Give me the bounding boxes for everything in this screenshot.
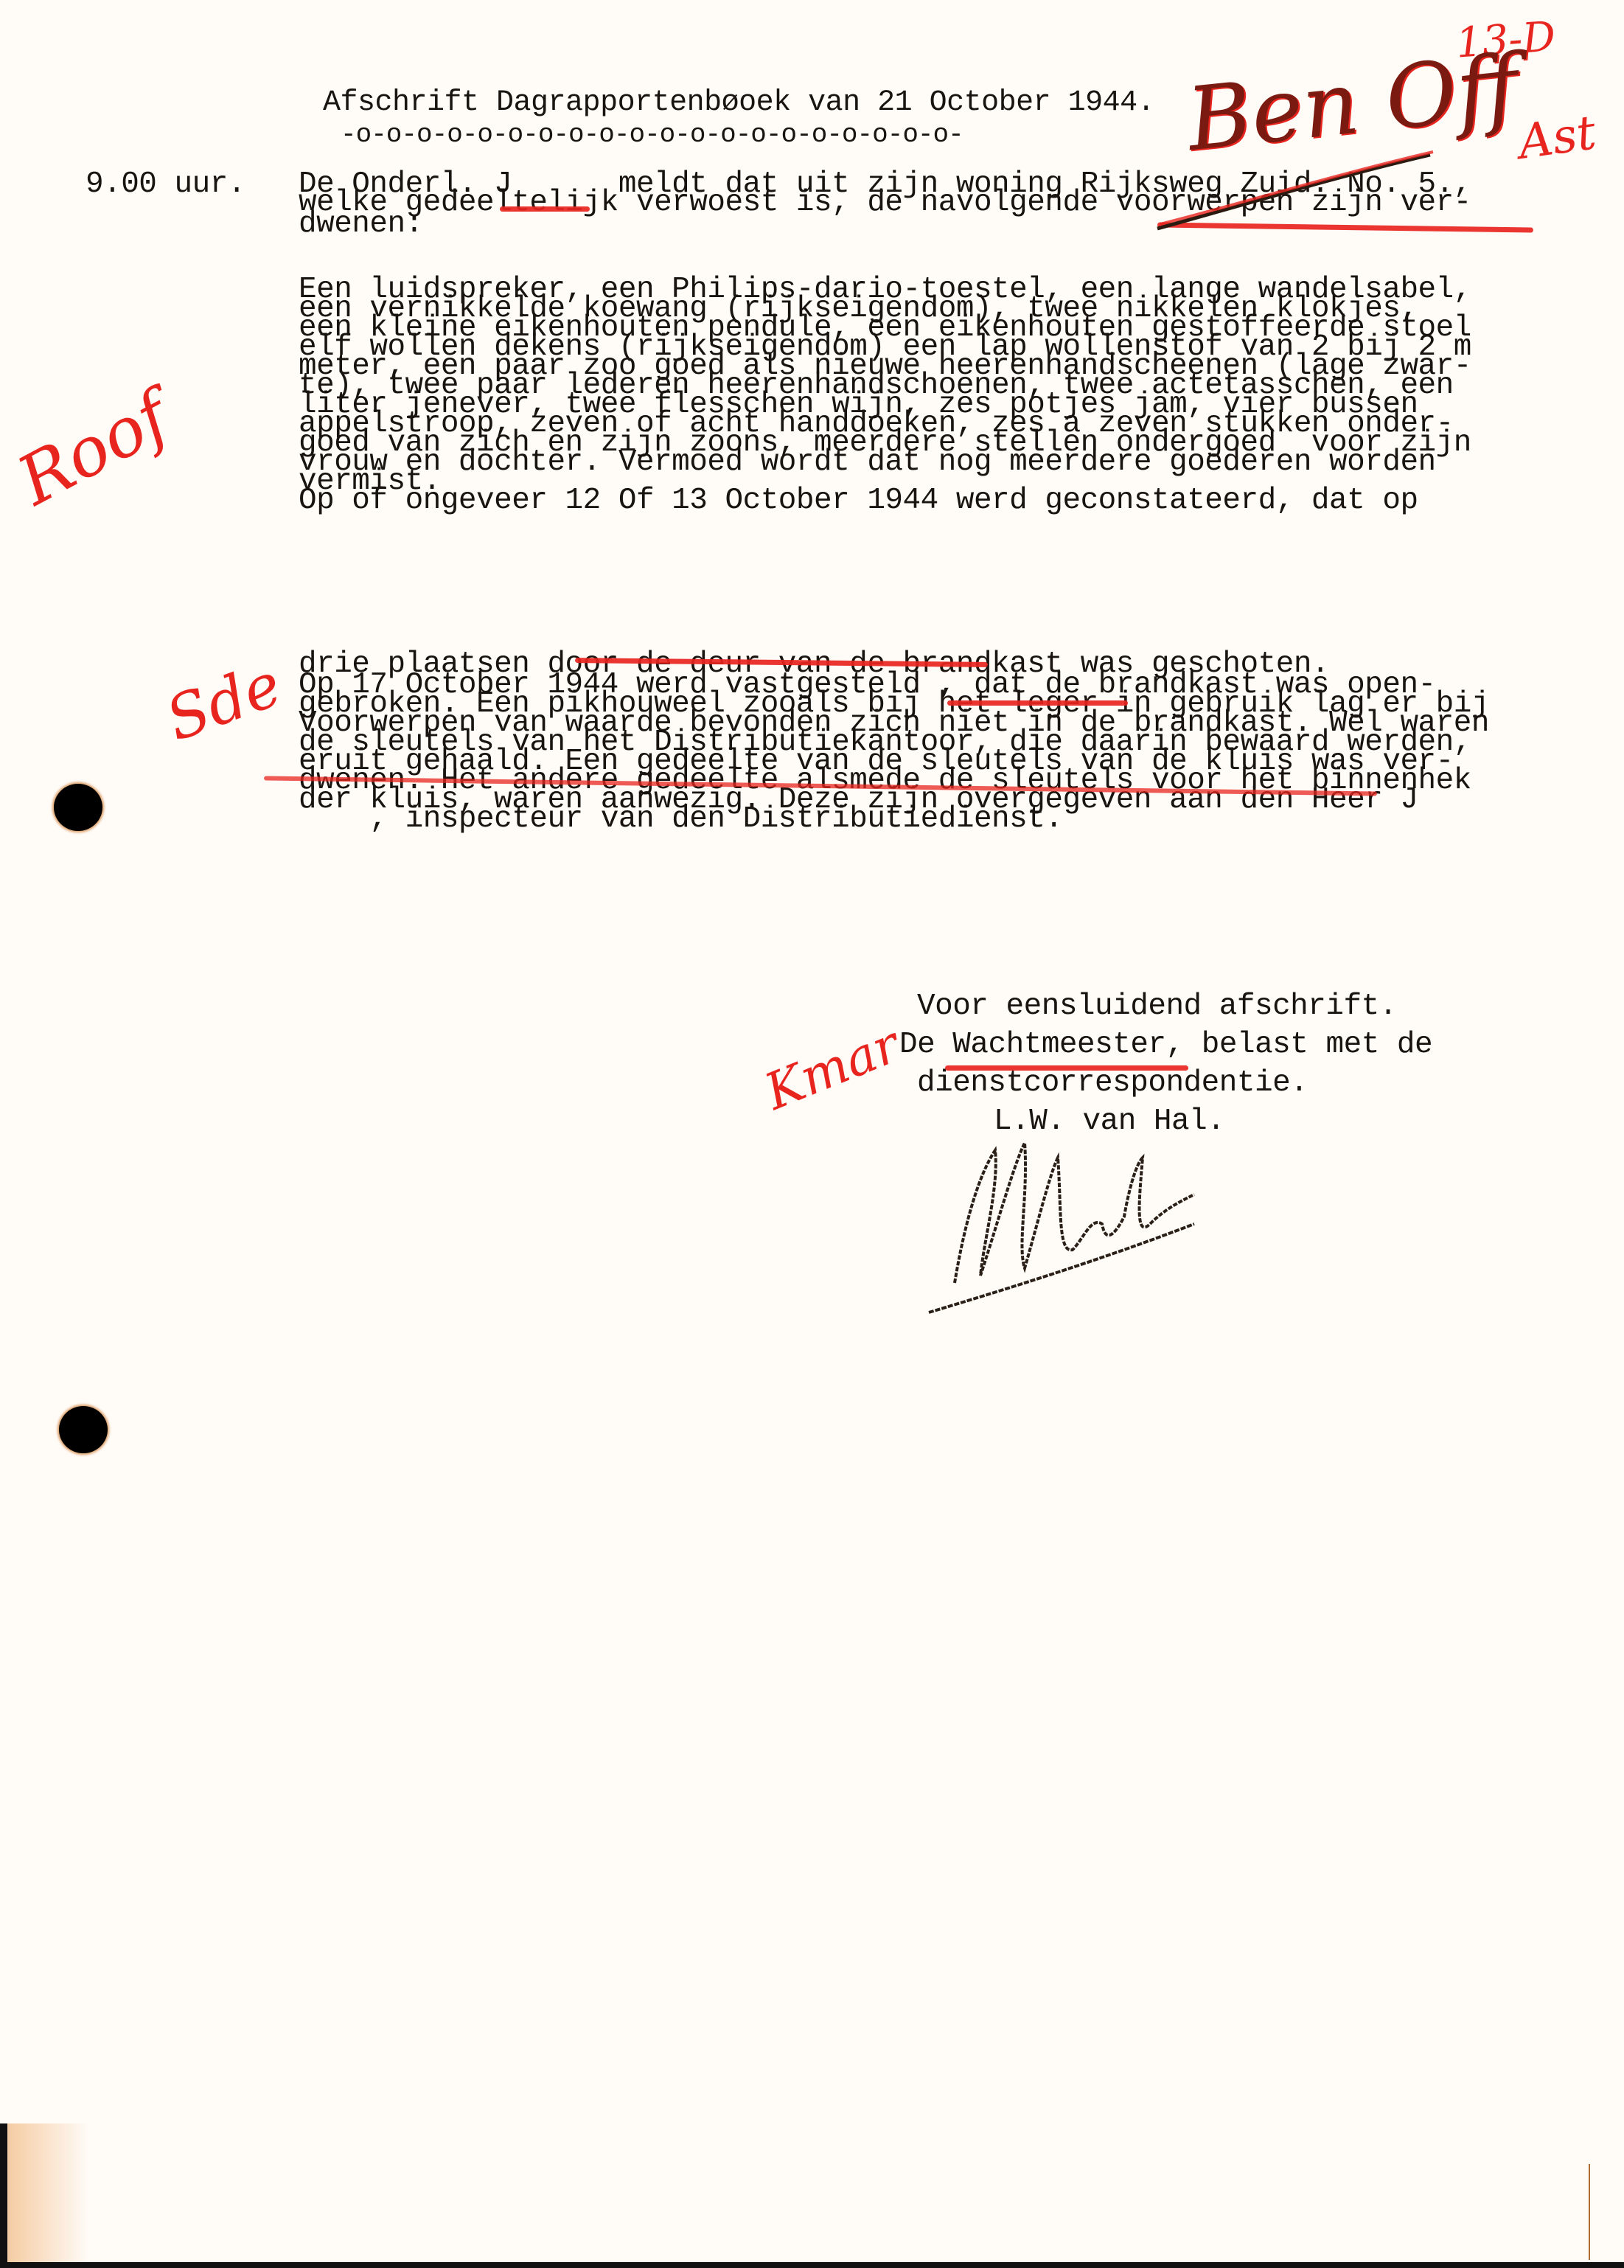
body-line: vrouw en dochter. Vermoed wordt dat nog … — [299, 445, 1436, 479]
document-page: Afschrift Dagrapportenbøoek van 21 Octob… — [0, 0, 1624, 2268]
strike-mark — [1150, 147, 1445, 236]
punch-hole-icon — [59, 1406, 108, 1453]
title-separator: -o-o-o-o-o-o-o-o-o-o-o-o-o-o-o-o-o-o-o-o… — [341, 119, 963, 150]
page-edge-left — [0, 2123, 7, 2268]
annotation-kmar: Kmar — [757, 1016, 907, 1122]
page-edge-bottom — [0, 2262, 1624, 2268]
annotation-sde: Sde — [157, 650, 290, 755]
report-time: 9.00 uur. — [86, 167, 245, 201]
page-edge-right — [1589, 2164, 1590, 2260]
body-line: Op of ongeveer 12 Of 13 October 1944 wer… — [299, 484, 1418, 518]
body-line: dwenen: — [299, 207, 423, 241]
punch-hole-icon — [54, 784, 102, 831]
document-title: Afschrift Dagrapportenbøoek van 21 Octob… — [323, 86, 1154, 119]
closing-line-2: De Wachtmeester, belast met de — [899, 1028, 1432, 1062]
closing-line-3: dienstcorrespondentie. — [917, 1066, 1308, 1100]
underline-name — [500, 206, 590, 212]
annotation-ast: Ast — [1515, 105, 1599, 170]
annotation-roof: Roof — [5, 377, 181, 521]
body-line: , inspecteur van den Distributiedienst. — [299, 802, 1062, 836]
page-edge-shadow — [0, 2123, 88, 2268]
handwritten-signature — [914, 1128, 1224, 1320]
underline-brandkast — [947, 700, 1128, 706]
underline-wachtmeester — [945, 1065, 1188, 1071]
closing-line-1: Voor eensluidend afschrift. — [917, 989, 1397, 1023]
